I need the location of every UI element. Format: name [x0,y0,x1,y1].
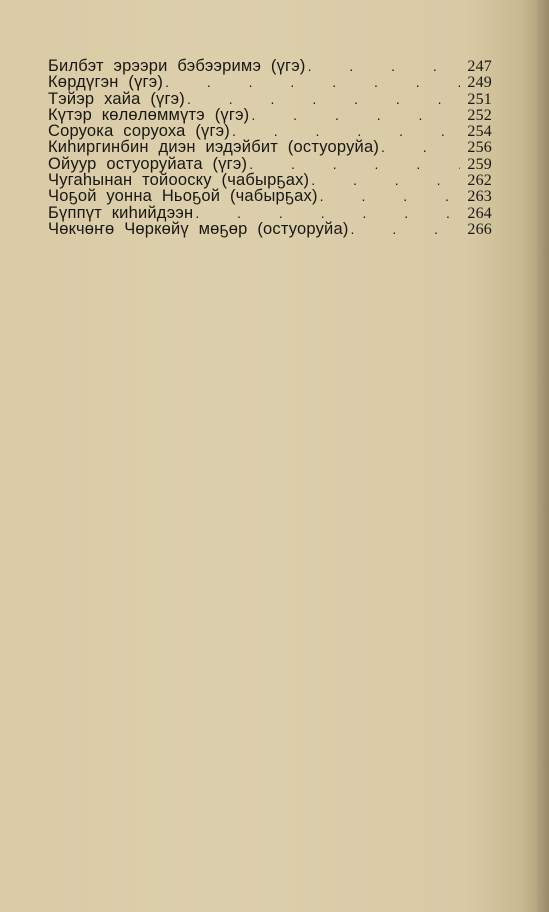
page-edge-shadow [535,0,549,912]
dot-leader: . . . . . . . . . [249,156,460,172]
toc-entry-title: Тэйэр хайа (үгэ) [48,91,185,107]
toc-entry-page: 259 [462,157,492,173]
toc-entry: Күтэр көлөлөммүтэ (үгэ) . . . . . . . . … [48,107,492,123]
toc-entry-title: Билбэт эрээри бэбээримэ (үгэ) [48,58,306,74]
dot-leader: . . . . . . . . [251,107,460,123]
toc-entry: Чугаһынан тойооску (чабырҕах) . . . . . … [48,172,492,188]
toc-entry-page: 247 [462,59,492,75]
toc-entry: Чөкчөҥө Чөркөйү мөҕөр (остуоруйа) . . . … [48,221,492,237]
dot-leader: . . . . [381,139,460,155]
table-of-contents: Билбэт эрээри бэбээримэ (үгэ) . . . . . … [48,58,492,237]
toc-entry: Чоҕой уонна Ньоҕой (чабырҕах) . . . . . … [48,188,492,204]
dot-leader: . . . . . . . . . . [232,123,460,139]
toc-entry: Ойуур остуоруйата (үгэ) . . . . . . . . … [48,156,492,172]
toc-entry-page: 256 [462,140,492,156]
toc-entry-page: 251 [462,92,492,108]
toc-entry: Бүппүт киһийдээн . . . . . . . . . . . 2… [48,205,492,221]
toc-entry-page: 264 [462,206,492,222]
dot-leader: . . . . . . . . . . . . [165,74,460,90]
toc-entry-page: 266 [462,222,492,238]
dot-leader: . . . . . [320,188,460,204]
toc-entry-title: Ойуур остуоруйата (үгэ) [48,156,247,172]
toc-entry-page: 252 [462,108,492,124]
toc-entry: Соруока соруоха (үгэ) . . . . . . . . . … [48,123,492,139]
toc-entry-page: 254 [462,124,492,140]
dot-leader: . . . . . . . . . . . [195,205,460,221]
toc-entry-title: Киһиргинбин диэн иэдэйбит (остуоруйа) [48,139,379,155]
dot-leader: . . . . . . [308,58,460,74]
toc-entry-title: Соруока соруоха (үгэ) [48,123,230,139]
dot-leader: . . . . . [311,172,460,188]
toc-entry-page: 249 [462,75,492,91]
toc-entry: Тэйэр хайа (үгэ) . . . . . . . . . . . .… [48,91,492,107]
toc-entry-title: Чоҕой уонна Ньоҕой (чабырҕах) [48,188,318,204]
dot-leader: . . . . . [351,221,460,237]
toc-entry-title: Бүппүт киһийдээн [48,205,193,221]
dot-leader: . . . . . . . . . . . . [187,91,460,107]
toc-entry-title: Чугаһынан тойооску (чабырҕах) [48,172,309,188]
toc-entry: Көрдүгэн (үгэ) . . . . . . . . . . . . 2… [48,74,492,90]
toc-entry-title: Көрдүгэн (үгэ) [48,74,163,90]
toc-entry: Билбэт эрээри бэбээримэ (үгэ) . . . . . … [48,58,492,74]
toc-entry-page: 263 [462,189,492,205]
book-page: Билбэт эрээри бэбээримэ (үгэ) . . . . . … [0,0,549,912]
toc-entry-title: Күтэр көлөлөммүтэ (үгэ) [48,107,249,123]
toc-entry-page: 262 [462,173,492,189]
toc-entry: Киһиргинбин диэн иэдэйбит (остуоруйа) . … [48,139,492,155]
toc-entry-title: Чөкчөҥө Чөркөйү мөҕөр (остуоруйа) [48,221,349,237]
